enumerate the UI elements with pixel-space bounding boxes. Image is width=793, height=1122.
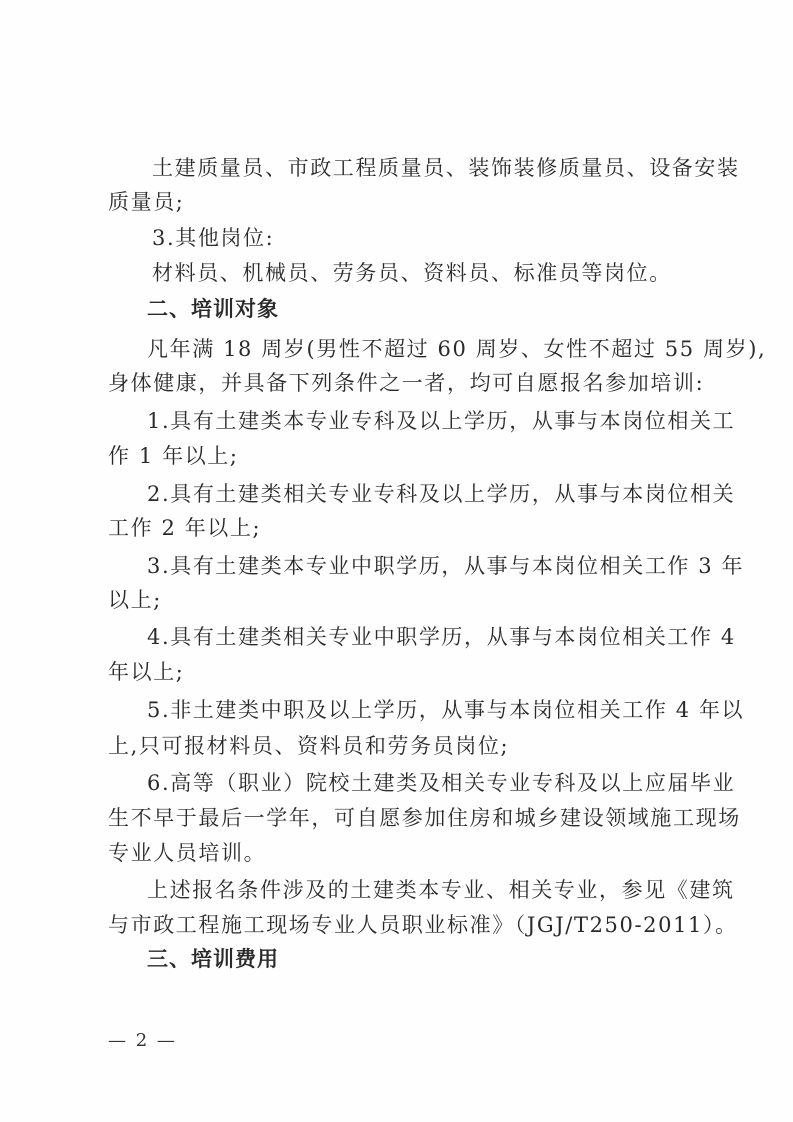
text-line: 作 1 年以上; xyxy=(108,443,239,469)
text-line: 生不早于最后一学年，可自愿参加住房和城乡建设领域施工现场 xyxy=(108,805,741,831)
text-line: 土建质量员、市政工程质量员、装饰装修质量员、设备安装 xyxy=(152,155,740,181)
section-heading: 三、培训费用 xyxy=(147,946,279,972)
text-line: 年以上; xyxy=(108,659,184,685)
text-line: 上述报名条件涉及的土建类本专业、相关专业，参见《建筑 xyxy=(147,877,735,903)
text-line: 4.具有土建类相关专业中职学历，从事与本岗位相关工作 4 xyxy=(147,624,736,650)
text-line: 凡年满 18 周岁(男性不超过 60 周岁、女性不超过 55 周岁), xyxy=(147,336,766,362)
text-line: 3.具有土建类本专业中职学历，从事与本岗位相关工作 3 年 xyxy=(147,553,744,579)
text-line: 上,只可报材料员、资料员和劳务员岗位; xyxy=(108,733,509,759)
text-line: 以上; xyxy=(108,587,162,613)
text-line: 身体健康，并具备下列条件之一者，均可自愿报名参加培训: xyxy=(108,370,704,396)
text-line: 2.具有土建类相关专业专科及以上学历，从事与本岗位相关 xyxy=(147,481,735,507)
text-line: 3.其他岗位: xyxy=(152,225,274,251)
text-line: 6.高等（职业）院校土建类及相关专业专科及以上应届毕业 xyxy=(147,770,735,796)
text-line: 与市政工程施工现场专业人员职业标准》（JGJ/T250-2011）。 xyxy=(108,912,738,938)
text-line: 材料员、机械员、劳务员、资料员、标准员等岗位。 xyxy=(152,260,672,286)
section-heading: 二、培训对象 xyxy=(147,296,279,322)
text-line: 工作 2 年以上; xyxy=(108,515,261,541)
document-page: 土建质量员、市政工程质量员、装饰装修质量员、设备安装质量员;3.其他岗位:材料员… xyxy=(0,0,793,1122)
text-line: 专业人员培训。 xyxy=(108,840,266,866)
page-number: — 2 — xyxy=(108,1030,177,1052)
text-line: 5.非土建类中职及以上学历，从事与本岗位相关工作 4 年以 xyxy=(147,697,744,723)
text-line: 1.具有土建类本专业专科及以上学历，从事与本岗位相关工 xyxy=(147,408,735,434)
text-line: 质量员; xyxy=(108,189,184,215)
